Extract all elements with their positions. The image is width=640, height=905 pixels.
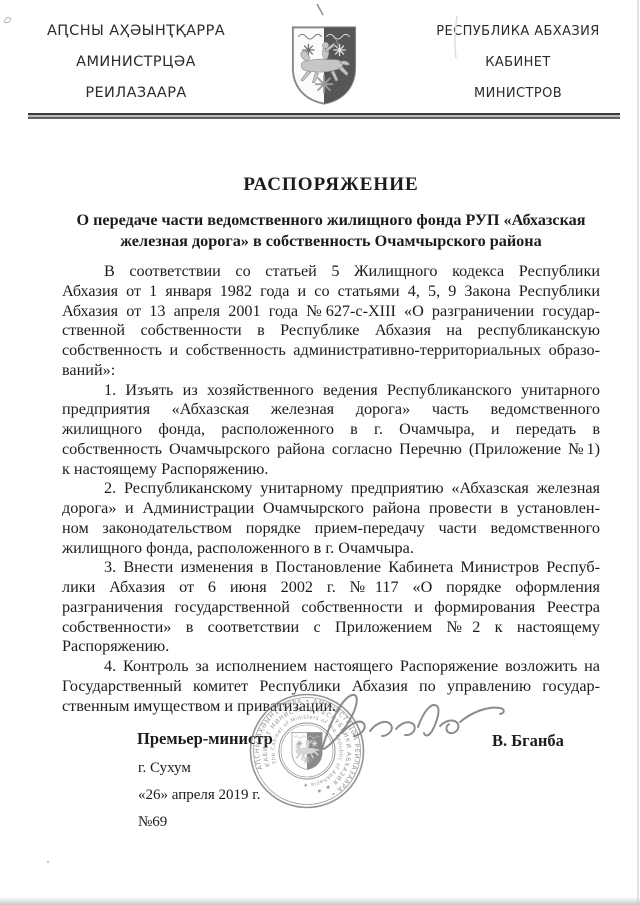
scanned-document-page: АԤСНЫ АҲӘЫНҬҚАРРА АМИНИСТРЦӘА РЕИЛАЗААРА… [0,0,640,905]
page-bottom-shadow [0,897,640,905]
page-edge-shadow [637,0,639,905]
scan-artifacts [0,0,640,905]
